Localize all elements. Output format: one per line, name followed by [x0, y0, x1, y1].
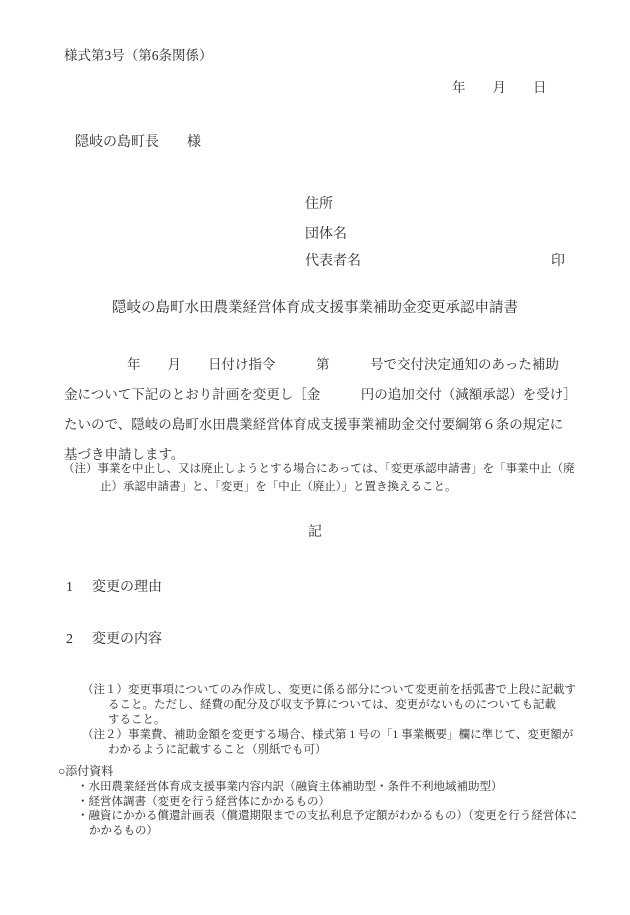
attachment-item-3-continued: かかるもの） — [89, 824, 158, 838]
attachment-item-2: ・経営体調書（変更を行う経営体にかかるもの） — [77, 795, 330, 809]
representative-label: 代表者名 — [305, 253, 361, 271]
addressee: 隠岐の島町長 様 — [75, 134, 201, 152]
application-body-line-1: 年 月 日付け指令 第 号で交付決定通知のあった補助 — [64, 357, 559, 374]
application-note-line-1: （注）事業を中止し、又は廃止しようとする場合にあっては、「変更承認申請書」を「事… — [63, 462, 575, 476]
address-label: 住所 — [305, 196, 333, 214]
footnote-1-line-2: ること。ただし、経費の配分及び収支予算については、変更がないものについても記載 — [108, 698, 556, 712]
section-2-number: 2 — [66, 631, 73, 649]
application-note-line-2: 止）承認申請書」と、「変更」を「中止（廃止）」と置き換えること。 — [100, 480, 457, 494]
footnote-1-head: （注１） — [82, 683, 128, 697]
issue-date-line: 年 月 日 — [452, 80, 547, 97]
footnote-2-line-2: わかるように記載すること（別紙でも可） — [108, 743, 327, 757]
organization-label: 団体名 — [305, 226, 347, 244]
footnote-2-head: （注２） — [82, 728, 128, 742]
footnote-1-line-1: 変更事項についてのみ作成し、変更に係る部分について変更前を括弧書で上段に記載す — [128, 683, 576, 697]
footnote-2-line-1: 事業費、補助金額を変更する場合、様式第 1 号の「1 事業概要」欄に準じて、変更… — [128, 728, 573, 742]
application-body-line-3: たいので、隠岐の島町水田農業経営体育成支援事業補助金交付要綱第６条の規定に — [64, 417, 563, 434]
section-1-title: 変更の理由 — [92, 579, 162, 597]
record-mark: 記 — [0, 524, 630, 542]
attachment-item-1: ・水田農業経営体育成支援事業内容内訳（融資主体補助型・条件不利地域補助型） — [77, 780, 503, 794]
section-2-title: 変更の内容 — [92, 631, 162, 649]
form-number: 様式第3号（第6条関係） — [64, 48, 213, 65]
application-form-page: 様式第3号（第6条関係） 年 月 日 隠岐の島町長 様 住所 団体名 代表者名 … — [0, 0, 630, 915]
attachments-heading: ○添付資料 — [58, 764, 113, 779]
attachment-item-3: ・融資にかかる償還計画表（償還期限までの支払利息予定額がわかるもの）（変更を行う… — [77, 809, 577, 823]
application-body-line-2: 金について下記のとおり計画を変更し［金 円の追加交付（減額承認）を受け］ — [64, 387, 577, 404]
seal-mark: 印 — [551, 253, 565, 271]
document-title: 隠岐の島町水田農業経営体育成支援事業補助金変更承認申請書 — [0, 299, 630, 317]
footnote-1-line-3: すること。 — [108, 713, 166, 727]
section-1-number: 1 — [66, 579, 73, 597]
